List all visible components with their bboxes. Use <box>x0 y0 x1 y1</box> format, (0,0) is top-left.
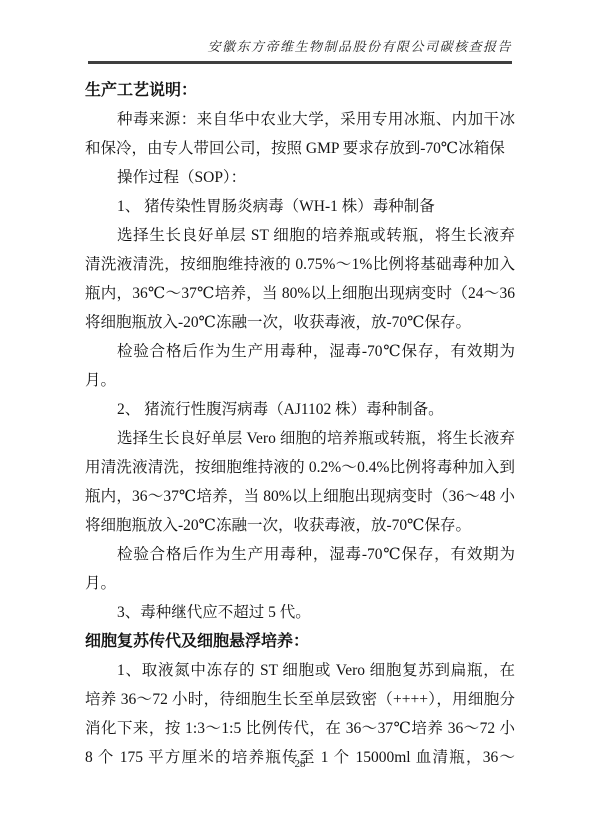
text-line: 1、 猪传染性胃肠炎病毒（WH-1 株）毒种制备 <box>85 192 515 221</box>
text-line: 种毒来源：来自华中农业大学，采用专用冰瓶、内加干冰降温 <box>85 105 515 134</box>
page-number: 28 <box>0 758 600 770</box>
header-rule <box>88 61 512 64</box>
text-line: 月。 <box>85 366 515 395</box>
text-line: 2、 猪流行性腹泻病毒（AJ1102 株）毒种制备。 <box>85 395 515 424</box>
text-line: 3、毒种继代应不超过 5 代。 <box>85 598 515 627</box>
text-line: 瓶内，36～37℃培养，当 80%以上细胞出现病变时（36～48 小时）， <box>85 482 515 511</box>
text-line: 选择生长良好单层 Vero 细胞的培养瓶或转瓶，将生长液弃去， <box>85 424 515 453</box>
text-line: 月。 <box>85 569 515 598</box>
text-line: 将细胞瓶放入-20℃冻融一次，收获毒液，放-70℃保存。 <box>85 511 515 540</box>
document-body: 生产工艺说明：种毒来源：来自华中农业大学，采用专用冰瓶、内加干冰降温和保冷，由专… <box>85 76 515 772</box>
document-page: 安徽东方帝维生物制品股份有限公司碳核查报告 生产工艺说明：种毒来源：来自华中农业… <box>0 0 600 828</box>
text-line: 细胞复苏传代及细胞悬浮培养： <box>85 627 515 656</box>
text-line: 培养 36～72 小时，待细胞生长至单层致密（++++），用细胞分散液 <box>85 685 515 714</box>
text-line: 清洗液清洗，按细胞维持液的 0.75%～1%比例将基础毒种加入到细胞 <box>85 250 515 279</box>
text-line: 检验合格后作为生产用毒种，湿毒-70℃保存，有效期为 18 个 <box>85 337 515 366</box>
text-line: 消化下来，按 1:3～1:5 比例传代，在 36～37℃培养 36～72 小时。… <box>85 714 515 743</box>
text-line: 和保冷，由专人带回公司，按照 GMP 要求存放到-70℃冰箱保存。 <box>85 134 515 163</box>
text-line: 检验合格后作为生产用毒种，湿毒-70℃保存，有效期为 18 个 <box>85 540 515 569</box>
text-line: 1、取液氮中冻存的 ST 细胞或 Vero 细胞复苏到扁瓶，在 36～37℃ <box>85 656 515 685</box>
text-line: 操作过程（SOP）： <box>85 163 515 192</box>
text-line: 瓶内，36℃～37℃培养，当 80%以上细胞出现病变时（24～36 小时）， <box>85 279 515 308</box>
text-line: 将细胞瓶放入-20℃冻融一次，收获毒液，放-70℃保存。 <box>85 308 515 337</box>
page-header-title: 安徽东方帝维生物制品股份有限公司碳核查报告 <box>88 36 512 55</box>
text-line: 选择生长良好单层 ST 细胞的培养瓶或转瓶，将生长液弃去，用 <box>85 221 515 250</box>
text-line: 生产工艺说明： <box>85 76 515 105</box>
text-line: 用清洗液清洗，按细胞维持液的 0.2%～0.4%比例将毒种加入到细胞 <box>85 453 515 482</box>
